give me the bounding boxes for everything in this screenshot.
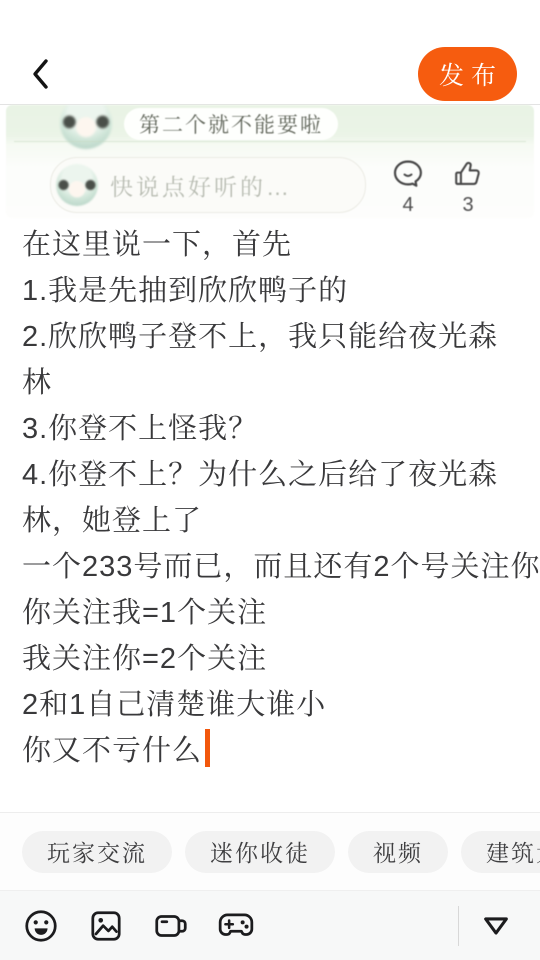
editor-line: 2和1自己清楚谁大谁小: [22, 682, 540, 728]
editor-line: 3.你登不上怪我？: [22, 406, 540, 452]
attached-image-preview[interactable]: 第二个就不能要啦 快说点好听的… 4 3: [6, 105, 534, 218]
header: 发布: [0, 0, 540, 104]
thumbs-up-icon: [446, 158, 490, 192]
avatar: [56, 164, 98, 206]
comment-count: 4: [386, 194, 430, 217]
tag-pill[interactable]: 建筑大: [461, 831, 540, 873]
post-text-editor[interactable]: 在这里说一下，首先 1.我是先抽到欣欣鸭子的 2.欣欣鸭子登不上，我只能给夜光森…: [0, 222, 540, 808]
post-editor-screen: 发布 第二个就不能要啦 快说点好听的… 4: [0, 0, 540, 960]
chevron-left-icon: [28, 56, 52, 92]
speech-bubble-icon: [386, 158, 430, 192]
editor-line: 你关注我=1个关注: [22, 590, 540, 636]
emoji-button[interactable]: [22, 907, 60, 945]
collapse-keyboard-button[interactable]: [478, 908, 514, 944]
editor-line: 4.你登不上？为什么之后给了夜光森: [22, 452, 540, 498]
comment-input: 快说点好听的…: [50, 157, 366, 213]
editor-line: 一个233号而已，而且还有2个号关注你: [22, 544, 540, 590]
triangle-down-icon: [479, 910, 513, 942]
picture-icon: [87, 907, 125, 945]
reply-bubble: 第二个就不能要啦: [124, 108, 338, 140]
tag-pill[interactable]: 迷你收徒: [185, 831, 335, 873]
publish-button[interactable]: 发布: [418, 47, 517, 101]
editor-line-text: 你又不亏什么: [22, 735, 202, 767]
insert-video-button[interactable]: [152, 907, 190, 945]
text-cursor: [205, 729, 210, 767]
back-button[interactable]: [18, 52, 62, 96]
tag-pill[interactable]: 视频: [348, 831, 448, 873]
editor-line: 你又不亏什么: [22, 728, 540, 774]
comment-count-group: 4: [386, 158, 430, 217]
insert-game-button[interactable]: [217, 907, 255, 945]
divider: [14, 141, 526, 142]
tag-pill[interactable]: 玩家交流: [22, 831, 172, 873]
insert-image-button[interactable]: [87, 907, 125, 945]
smiley-face-icon: [22, 907, 60, 945]
reply-bubble-text: 第二个就不能要啦: [139, 109, 323, 139]
editor-line: 2.欣欣鸭子登不上，我只能给夜光森: [22, 314, 540, 360]
topic-tag-row[interactable]: 玩家交流 迷你收徒 视频 建筑大: [0, 812, 540, 890]
like-count: 3: [446, 194, 490, 217]
editor-line: 我关注你=2个关注: [22, 636, 540, 682]
editor-line: 在这里说一下，首先: [22, 222, 540, 268]
game-controller-icon: [217, 907, 255, 945]
editor-line: 1.我是先抽到欣欣鸭子的: [22, 268, 540, 314]
bottom-toolbar: [0, 890, 540, 960]
editor-line: 林: [22, 360, 540, 406]
avatar: [60, 105, 112, 149]
toolbar-divider: [458, 906, 459, 946]
editor-line: 林，她登上了: [22, 498, 540, 544]
video-camera-icon: [152, 907, 190, 945]
comment-input-placeholder: 快说点好听的…: [110, 169, 292, 202]
like-count-group: 3: [446, 158, 490, 217]
